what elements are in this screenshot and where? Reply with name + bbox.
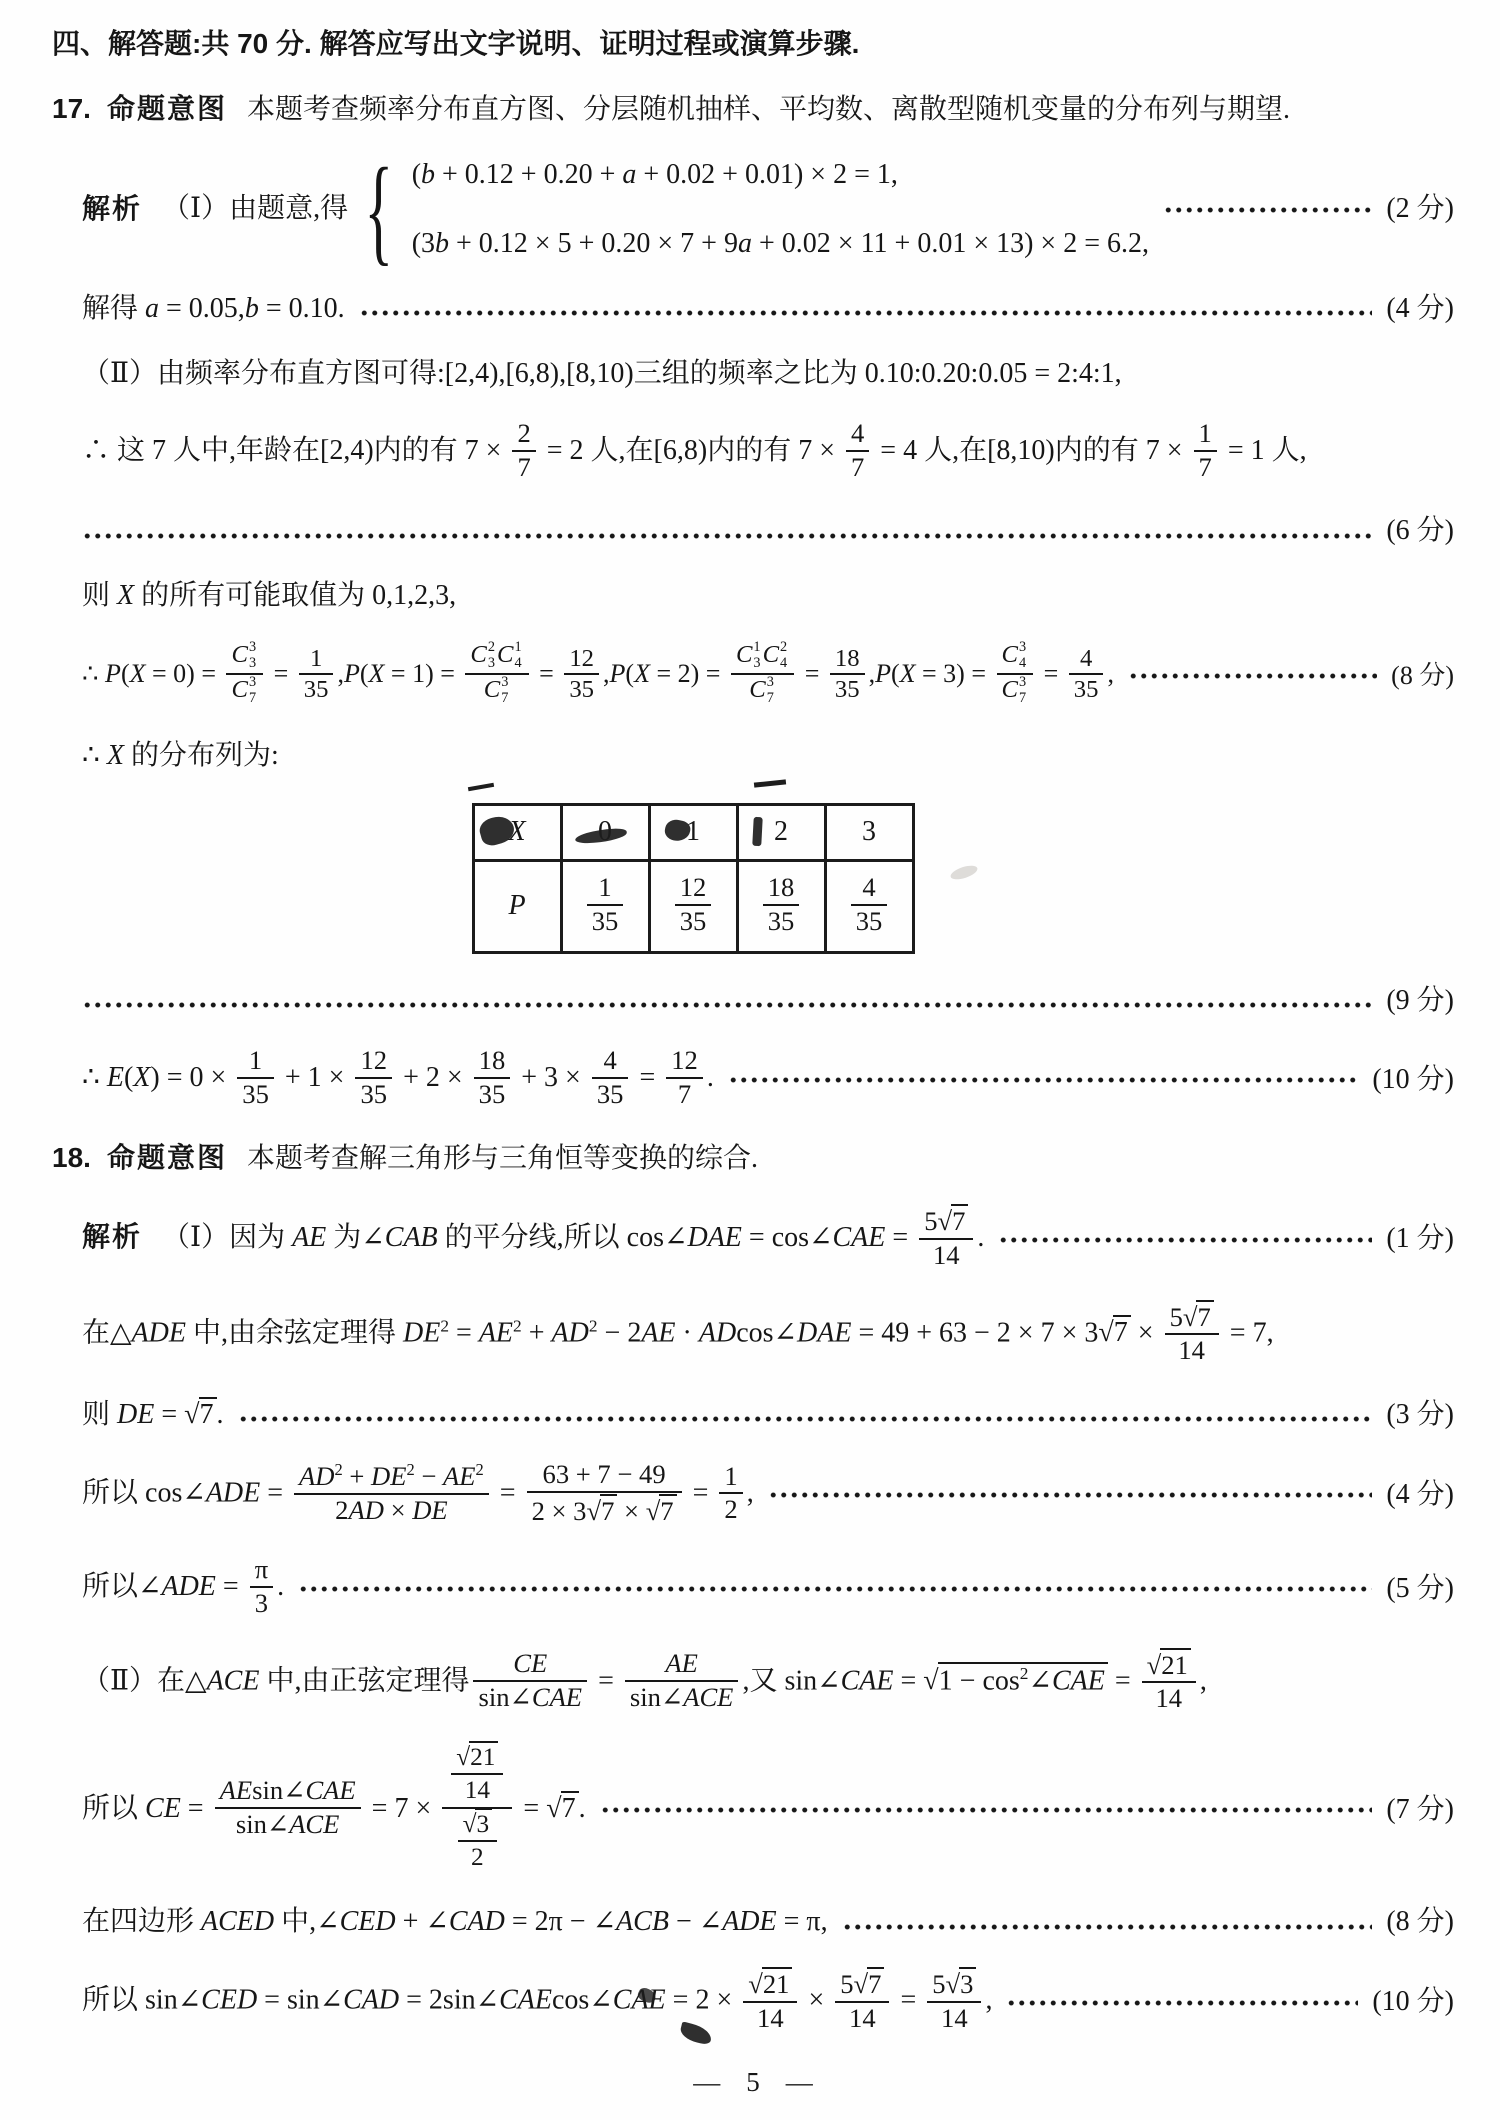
- q18-quad-line: 在四边形 ACED 中,∠CED + ∠CAD = 2π − ∠ACB − ∠A…: [82, 1904, 1454, 1940]
- table-cell-x3: 3: [825, 805, 913, 861]
- dotted-leader: [1128, 673, 1377, 679]
- q18-number: 18.: [52, 1142, 91, 1173]
- ink-smudge: [753, 779, 785, 787]
- q18-cos-ade-line: 所以 cos∠ADE = AD2 + DE2 − AE22AD × DE = 6…: [82, 1462, 1454, 1529]
- q17-expect-text: ∴ E(X) = 0 × 135 + 1 × 1235 + 2 × 1835 +…: [82, 1048, 714, 1112]
- q18-cosine-rule-text: 在△ADE 中,由余弦定理得 DE2 = AE2 + AD2 − 2AE · A…: [82, 1302, 1274, 1369]
- q17-solve-line: 解得 a = 0.05,b = 0.10. (4 分): [82, 291, 1454, 327]
- points-badge-3: (3 分): [1384, 1397, 1454, 1433]
- q18-ce-line: 所以 CE = AEsin∠CAEsin∠ACE = 7 × √2114√32 …: [82, 1745, 1454, 1876]
- points-badge-6: (6 分): [1384, 513, 1454, 549]
- q18-cos-ade-text: 所以 cos∠ADE = AD2 + DE2 − AE22AD × DE = 6…: [82, 1462, 754, 1529]
- q17-dist-intro-text: ∴ X 的分布列为:: [82, 738, 279, 774]
- scan-artifact: [948, 863, 978, 882]
- section-header-text: 四、解答题:共 70 分. 解答应写出文字说明、证明过程或演算步骤.: [52, 26, 859, 62]
- points-badge-10b: (10 分): [1370, 1984, 1454, 2020]
- q18-intent-line: 18.命题意图本题考查解三角形与三角恒等变换的综合.: [52, 1140, 1454, 1177]
- q17-intent-line: 17.命题意图本题考查频率分布直方图、分层随机抽样、平均数、离散型随机变量的分布…: [52, 91, 1454, 128]
- q18-intent-label: 命题意图: [107, 1142, 227, 1173]
- q17-analysis-label: 解析: [82, 191, 142, 227]
- distribution-table-wrap: X 0 1 2 3 P 135 1235 1835 435: [472, 803, 915, 954]
- q17-people-text: ∴ 这 7 人中,年龄在[2,4)内的有 7 × 27 = 2 人,在[6,8)…: [82, 421, 1307, 485]
- q18-final-text: 所以 sin∠CED = sin∠CAD = 2sin∠CAEcos∠CAE =…: [82, 1969, 992, 2036]
- q17-ratio-text: （Ⅱ）由频率分布直方图可得:[2,4),[6,8),[8,10)三组的频率之比为…: [82, 356, 1122, 392]
- q17-dist-intro-line: ∴ X 的分布列为:: [82, 738, 1454, 774]
- q18-intent-text: 本题考查解三角形与三角恒等变换的综合.: [247, 1143, 758, 1174]
- ink-smudge: [467, 783, 493, 791]
- q17-part1-lead: （Ⅰ）由题意,得: [162, 191, 348, 227]
- distribution-table: X 0 1 2 3 P 135 1235 1835 435: [472, 803, 915, 954]
- q18-part2-line1: （Ⅱ）在△ACE 中,由正弦定理得CEsin∠CAE = AEsin∠ACE,又…: [82, 1650, 1454, 1717]
- dotted-leader: [768, 1492, 1373, 1498]
- exam-answer-page: 四、解答题:共 70 分. 解答应写出文字说明、证明过程或演算步骤. 17.命题…: [0, 0, 1500, 2120]
- table-cell-p0: 135: [561, 861, 649, 953]
- dotted-leader: [1163, 207, 1372, 213]
- points-badge-8: (8 分): [1389, 659, 1454, 693]
- page-number: 5: [746, 2065, 760, 2100]
- ink-smudge: [752, 817, 763, 846]
- q18-line1-text: （Ⅰ）因为 AE 为∠CAB 的平分线,所以 cos∠DAE = cos∠CAE…: [162, 1222, 984, 1253]
- system-brace: {: [364, 159, 393, 261]
- points-badge-4: (4 分): [1384, 291, 1454, 327]
- q18-final-line: 所以 sin∠CED = sin∠CAD = 2sin∠CAEcos∠CAE =…: [82, 1969, 1454, 2036]
- table-cell-p1: 1235: [649, 861, 737, 953]
- q18-part1-line1: 解析（Ⅰ）因为 AE 为∠CAB 的平分线,所以 cos∠DAE = cos∠C…: [82, 1206, 1454, 1273]
- q17-prob-line: ∴ P(X = 0) = C33C37 = 135,P(X = 1) = C23…: [82, 643, 1454, 709]
- q18-analysis-label: 解析: [82, 1221, 142, 1252]
- section-header: 四、解答题:共 70 分. 解答应写出文字说明、证明过程或演算步骤.: [52, 26, 1454, 62]
- page-footer: — 5 —: [52, 2065, 1454, 2100]
- points-badge-4b: (4 分): [1384, 1477, 1454, 1513]
- points-badge-5: (5 分): [1384, 1571, 1454, 1607]
- q18-angle-ade-line: 所以∠ADE = π3. (5 分): [82, 1557, 1454, 1621]
- q18-angle-ade-text: 所以∠ADE = π3.: [82, 1557, 284, 1621]
- system-equation-1: (b + 0.12 + 0.20 + a + 0.02 + 0.01) × 2 …: [412, 157, 1149, 193]
- table-cell-x: X: [473, 805, 561, 861]
- equation-system: (b + 0.12 + 0.20 + a + 0.02 + 0.01) × 2 …: [412, 157, 1149, 262]
- dotted-leader: [82, 533, 1372, 539]
- dotted-leader: [998, 1237, 1372, 1243]
- points-badge-7: (7 分): [1384, 1792, 1454, 1828]
- q18-de-line: 则 DE = √7. (3 分): [82, 1397, 1454, 1433]
- footer-dash-right: —: [786, 2065, 813, 2100]
- dotted-leader: [82, 1002, 1372, 1008]
- system-equation-2: (3b + 0.12 × 5 + 0.20 × 7 + 9a + 0.02 × …: [412, 226, 1149, 262]
- q18-de-text: 则 DE = √7.: [82, 1397, 224, 1433]
- points-badge-10: (10 分): [1370, 1062, 1454, 1098]
- dotted-leader: [238, 1416, 1373, 1422]
- q18-sine-rule-text: （Ⅱ）在△ACE 中,由正弦定理得CEsin∠CAE = AEsin∠ACE,又…: [82, 1650, 1207, 1717]
- table-prob-row: P 135 1235 1835 435: [473, 861, 913, 953]
- table-cell-x1: 1: [649, 805, 737, 861]
- q17-intent-text: 本题考查频率分布直方图、分层随机抽样、平均数、离散型随机变量的分布列与期望.: [247, 94, 1290, 125]
- table-cell-x2: 2: [737, 805, 825, 861]
- q17-system-content: 解析 （Ⅰ）由题意,得 { (b + 0.12 + 0.20 + a + 0.0…: [82, 157, 1149, 262]
- q17-prob-text: ∴ P(X = 0) = C33C37 = 135,P(X = 1) = C23…: [82, 643, 1114, 709]
- points-badge-1: (1 分): [1384, 1221, 1454, 1257]
- table-cell-p: P: [473, 861, 561, 953]
- points-badge-9: (9 分): [1384, 983, 1454, 1019]
- footer-dash-left: —: [693, 2065, 720, 2100]
- q17-part2-ratio-line: （Ⅱ）由频率分布直方图可得:[2,4),[6,8),[8,10)三组的频率之比为…: [82, 356, 1454, 392]
- dotted-leader: [298, 1586, 1372, 1592]
- points-badge-2: (2 分): [1384, 191, 1454, 227]
- q17-part1-system-line: 解析 （Ⅰ）由题意,得 { (b + 0.12 + 0.20 + a + 0.0…: [82, 157, 1454, 262]
- q17-number: 17.: [52, 93, 91, 124]
- q18-quad-text: 在四边形 ACED 中,∠CED + ∠CAD = 2π − ∠ACB − ∠A…: [82, 1904, 828, 1940]
- dotted-leader: [359, 310, 1373, 316]
- q17-expect-line: ∴ E(X) = 0 × 135 + 1 × 1235 + 2 × 1835 +…: [82, 1048, 1454, 1112]
- dotted-leader: [1006, 2000, 1358, 2006]
- table-cell-p3: 435: [825, 861, 913, 953]
- q17-score9-line: (9 分): [82, 983, 1454, 1019]
- q18-line1-content: 解析（Ⅰ）因为 AE 为∠CAB 的平分线,所以 cos∠DAE = cos∠C…: [82, 1206, 984, 1273]
- q18-cosine-rule-line: 在△ADE 中,由余弦定理得 DE2 = AE2 + AD2 − 2AE · A…: [82, 1302, 1454, 1369]
- table-cell-p2: 1835: [737, 861, 825, 953]
- q17-solve-text: 解得 a = 0.05,b = 0.10.: [82, 291, 345, 327]
- table-header-row: X 0 1 2 3: [473, 805, 913, 861]
- q17-people-line: ∴ 这 7 人中,年龄在[2,4)内的有 7 × 27 = 2 人,在[6,8)…: [82, 421, 1454, 485]
- table-cell-x0: 0: [561, 805, 649, 861]
- q18-intent-content: 18.命题意图本题考查解三角形与三角恒等变换的综合.: [52, 1140, 758, 1177]
- q17-score6-line: (6 分): [82, 513, 1454, 549]
- dotted-leader: [600, 1807, 1373, 1813]
- dotted-leader: [842, 1924, 1373, 1930]
- dotted-leader: [728, 1077, 1359, 1083]
- q17-values-line: 则 X 的所有可能取值为 0,1,2,3,: [82, 578, 1454, 614]
- q17-intent-label: 命题意图: [107, 93, 227, 124]
- q17-intent-content: 17.命题意图本题考查频率分布直方图、分层随机抽样、平均数、离散型随机变量的分布…: [52, 91, 1290, 128]
- q17-values-text: 则 X 的所有可能取值为 0,1,2,3,: [82, 578, 456, 614]
- points-badge-8b: (8 分): [1384, 1904, 1454, 1940]
- q18-ce-text: 所以 CE = AEsin∠CAEsin∠ACE = 7 × √2114√32 …: [82, 1745, 586, 1876]
